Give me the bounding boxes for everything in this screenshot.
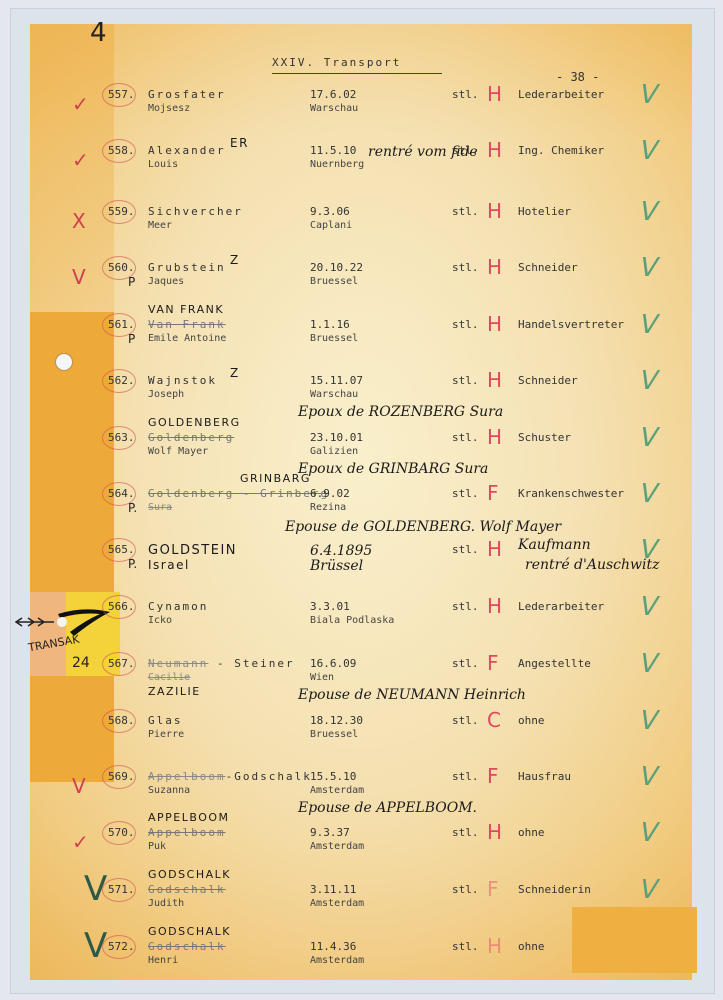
entry-number: 560. [108, 261, 135, 274]
occupation: Krankenschwester [518, 487, 624, 500]
occupation: Ing. Chemiker [518, 144, 604, 157]
entry-number: 565. [108, 543, 135, 556]
status-code: stl. [452, 940, 479, 953]
sex-mark: H [487, 537, 502, 561]
birth-date: 6.4.1895 [310, 543, 372, 559]
given-name-correction: ZAZILIE [148, 685, 201, 698]
entry-number: 564. [108, 487, 135, 500]
status-code: stl. [452, 374, 479, 387]
sex-mark: H [487, 312, 502, 336]
status-code: stl. [452, 431, 479, 444]
entry-number: 561. [108, 318, 135, 331]
surname-correction: APPELBOOM [148, 811, 230, 824]
birth-date: 3.11.11 [310, 883, 356, 896]
red-check-mark: V [72, 774, 86, 798]
given-name: Judith [148, 898, 184, 909]
status-code: stl. [452, 714, 479, 727]
birth-place: Bruessel [310, 333, 358, 344]
surname-correction: GRINBARG [240, 472, 311, 485]
birth-place: Warschau [310, 389, 358, 400]
birth-date: 6.9.02 [310, 487, 350, 500]
page-title: XXIV. Transport [272, 56, 442, 74]
birth-place: Biala Podlaska [310, 615, 394, 626]
entry-number: 571. [108, 883, 135, 896]
dark-check-mark: V [84, 926, 107, 966]
sex-mark: C [487, 708, 501, 732]
birth-date: 11.5.10 [310, 144, 356, 157]
handwritten-annotation: Epoux de GRINBARG Sura [298, 461, 488, 477]
given-name: Henri [148, 955, 178, 966]
entry-number: 567. [108, 657, 135, 670]
birth-place: Galizien [310, 446, 358, 457]
surname: Appelboom [148, 826, 226, 839]
birth-date: 23.10.01 [310, 431, 363, 444]
status-code: stl. [452, 543, 479, 556]
occupation: Hotelier [518, 205, 571, 218]
sex-mark: H [487, 255, 502, 279]
given-name: Pierre [148, 729, 184, 740]
birth-place: Amsterdam [310, 955, 364, 966]
surname: GOLDSTEIN [148, 543, 237, 558]
entry-number: 572. [108, 940, 135, 953]
birth-date: 16.6.09 [310, 657, 356, 670]
p-mark: P [128, 275, 135, 289]
orange-corner-tab [572, 907, 697, 973]
birth-place: Nuernberg [310, 159, 364, 170]
entry-number: 558. [108, 144, 135, 157]
sex-mark: F [487, 651, 499, 675]
handwritten-annotation: Epouse de GOLDENBERG. Wolf Mayer [285, 519, 561, 535]
birth-place: Brüssel [310, 558, 363, 574]
given-name: Suzanna [148, 785, 190, 796]
sex-mark: H [487, 934, 502, 958]
given-name: Icko [148, 615, 172, 626]
entry-number: 563. [108, 431, 135, 444]
sex-mark: H [487, 425, 502, 449]
given-name: Meer [148, 220, 172, 231]
given-name: Israel [148, 558, 190, 572]
surname-correction: ER [230, 136, 249, 150]
birth-date: 9.3.37 [310, 826, 350, 839]
given-name: Emile Antoine [148, 333, 226, 344]
entry-number: 562. [108, 374, 135, 387]
occupation: ohne [518, 714, 545, 727]
occupation: ohne [518, 826, 545, 839]
occupation: Lederarbeiter [518, 88, 604, 101]
occupation: Kaufmann [518, 537, 591, 553]
surname-correction: GOLDENBERG [148, 416, 241, 429]
surname: Van Frank [148, 318, 226, 331]
entry-number: 557. [108, 88, 135, 101]
red-check-mark: ✓ [72, 148, 89, 172]
red-check-mark: X [72, 209, 86, 233]
given-name: Mojsesz [148, 103, 190, 114]
surname: Neumann - Steiner [148, 657, 295, 670]
birth-place: Caplani [310, 220, 352, 231]
surname-correction: GODSCHALK [148, 868, 231, 881]
status-code: stl. [452, 487, 479, 500]
surname: Sichvercher [148, 205, 243, 218]
given-name: Louis [148, 159, 178, 170]
given-name: Sura [148, 502, 172, 513]
birth-place: Amsterdam [310, 898, 364, 909]
p-mark: P. [128, 557, 137, 571]
surname: Goldenberg - Grinberg [148, 487, 329, 500]
red-check-mark: V [72, 265, 86, 289]
birth-date: 11.4.36 [310, 940, 356, 953]
status-code: stl. [452, 261, 479, 274]
birth-place: Amsterdam [310, 841, 364, 852]
birth-date: 1.1.16 [310, 318, 350, 331]
surname: Glas [148, 714, 183, 727]
red-check-mark: ✓ [72, 92, 89, 116]
red-check-mark: ✓ [72, 830, 89, 854]
occupation: Angestellte [518, 657, 591, 670]
surname: Grubstein [148, 261, 226, 274]
birth-date: 3.3.01 [310, 600, 350, 613]
given-name: Wolf Mayer [148, 446, 208, 457]
occupation: Hausfrau [518, 770, 571, 783]
status-code: stl. [452, 826, 479, 839]
sex-mark: F [487, 877, 499, 901]
birth-place: Bruessel [310, 729, 358, 740]
birth-place: Bruessel [310, 276, 358, 287]
sex-mark: F [487, 764, 499, 788]
birth-place: Rezina [310, 502, 346, 513]
sex-mark: H [487, 199, 502, 223]
birth-date: 15.11.07 [310, 374, 363, 387]
birth-place: Wien [310, 672, 334, 683]
occupation: ohne [518, 940, 545, 953]
surname: Cynamon [148, 600, 208, 613]
occupation: Lederarbeiter [518, 600, 604, 613]
handwritten-annotation: Epouse de APPELBOOM. [298, 800, 477, 816]
status-code: stl. [452, 88, 479, 101]
status-code: stl. [452, 657, 479, 670]
surname: Goldenberg [148, 431, 234, 444]
status-code: stl. [452, 205, 479, 218]
entry-number: 559. [108, 205, 135, 218]
birth-date: 17.6.02 [310, 88, 356, 101]
occupation: Schneider [518, 374, 578, 387]
corner-mark: 4 [90, 18, 107, 48]
entry-number: 569. [108, 770, 135, 783]
given-name: Jaques [148, 276, 184, 287]
sex-mark: H [487, 594, 502, 618]
surname: Alexander [148, 144, 226, 157]
birth-date: 15.5.10 [310, 770, 356, 783]
p-mark: P. [128, 501, 137, 515]
dark-check-mark: V [84, 869, 107, 909]
occupation: Handelsvertreter [518, 318, 624, 331]
given-name: Puk [148, 841, 166, 852]
sex-mark: H [487, 138, 502, 162]
surname-correction: Z [230, 366, 240, 380]
surname: Appelboom-Godschalk [148, 770, 312, 783]
surname: Wajnstok [148, 374, 217, 387]
birth-date: 20.10.22 [310, 261, 363, 274]
birth-place: Amsterdam [310, 785, 364, 796]
sex-mark: H [487, 368, 502, 392]
birth-place: Warschau [310, 103, 358, 114]
status-code: stl. [452, 318, 479, 331]
occupation: Schneiderin [518, 883, 591, 896]
given-name: Joseph [148, 389, 184, 400]
handwritten-annotation: rentré vom fide [368, 144, 478, 160]
entry-number: 570. [108, 826, 135, 839]
status-code: stl. [452, 770, 479, 783]
surname-correction: GODSCHALK [148, 925, 231, 938]
occupation: Schuster [518, 431, 571, 444]
surname: Godschalk [148, 883, 226, 896]
sex-mark: H [487, 820, 502, 844]
surname: Grosfater [148, 88, 226, 101]
handwritten-annotation: Epouse de NEUMANN Heinrich [298, 687, 526, 703]
tab-number: 24 [72, 655, 90, 671]
sex-mark: F [487, 481, 499, 505]
entry-number: 566. [108, 600, 135, 613]
surname-correction: VAN FRANK [148, 303, 224, 316]
handwritten-annotation: Epoux de ROZENBERG Sura [298, 404, 503, 420]
p-mark: P [128, 332, 135, 346]
punch-hole [55, 353, 73, 371]
occupation: Schneider [518, 261, 578, 274]
surname-correction: Z [230, 253, 240, 267]
surname: Godschalk [148, 940, 226, 953]
sex-mark: H [487, 82, 502, 106]
birth-date: 9.3.06 [310, 205, 350, 218]
given-name: Cacilie [148, 672, 190, 683]
status-code: stl. [452, 600, 479, 613]
status-code: stl. [452, 883, 479, 896]
page-number: - 38 - [556, 70, 599, 84]
entry-number: 568. [108, 714, 135, 727]
birth-date: 18.12.30 [310, 714, 363, 727]
